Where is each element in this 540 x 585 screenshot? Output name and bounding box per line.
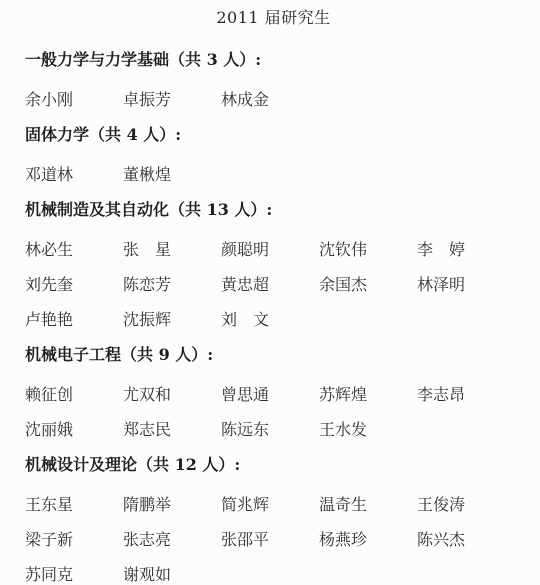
student-name: 刘先奎 <box>25 275 123 295</box>
student-name: 邓道林 <box>25 165 123 185</box>
student-name: 梁子新 <box>25 530 123 550</box>
student-name: 沈钦伟 <box>319 240 417 260</box>
name-row: 沈丽娥郑志民陈远东王水发 <box>25 420 522 440</box>
major-section: 机械电子工程（共 9 人）:赖征创尤双和曾思通苏辉煌李志昂沈丽娥郑志民陈远东王水… <box>25 345 522 440</box>
student-name: 王水发 <box>319 420 417 440</box>
name-row: 余小刚卓振芳林成金 <box>25 90 522 110</box>
student-name: 李志昂 <box>417 385 515 405</box>
section-heading: 机械制造及其自动化（共 13 人）: <box>25 200 522 220</box>
major-section: 一般力学与力学基础（共 3 人）:余小刚卓振芳林成金 <box>25 50 522 110</box>
page-title: 2011 届研究生 <box>25 8 522 28</box>
student-name: 张邵平 <box>221 530 319 550</box>
name-row: 林必生张 星颜聪明沈钦伟李 婷 <box>25 240 522 260</box>
student-name: 陈兴杰 <box>417 530 515 550</box>
name-row: 邓道林董楸煌 <box>25 165 522 185</box>
section-heading: 一般力学与力学基础（共 3 人）: <box>25 50 522 70</box>
name-row: 赖征创尤双和曾思通苏辉煌李志昂 <box>25 385 522 405</box>
student-name: 卓振芳 <box>123 90 221 110</box>
major-section: 机械设计及理论（共 12 人）:王东星隋鹏举简兆辉温奇生王俊涛梁子新张志亮张邵平… <box>25 455 522 585</box>
student-name: 苏同克 <box>25 565 123 585</box>
student-name: 苏辉煌 <box>319 385 417 405</box>
student-name: 卢艳艳 <box>25 310 123 330</box>
student-name: 隋鹏举 <box>123 495 221 515</box>
student-name: 沈振辉 <box>123 310 221 330</box>
student-name: 王俊涛 <box>417 495 515 515</box>
section-heading: 固体力学（共 4 人）: <box>25 125 522 145</box>
student-name: 温奇生 <box>319 495 417 515</box>
name-row: 刘先奎陈恋芳黄忠超余国杰林泽明 <box>25 275 522 295</box>
student-name: 林必生 <box>25 240 123 260</box>
name-row: 梁子新张志亮张邵平杨燕珍陈兴杰 <box>25 530 522 550</box>
student-name: 郑志民 <box>123 420 221 440</box>
student-name: 陈恋芳 <box>123 275 221 295</box>
student-name: 简兆辉 <box>221 495 319 515</box>
student-name: 刘 文 <box>221 310 319 330</box>
student-name: 赖征创 <box>25 385 123 405</box>
sections-container: 一般力学与力学基础（共 3 人）:余小刚卓振芳林成金固体力学（共 4 人）:邓道… <box>25 50 522 585</box>
major-section: 机械制造及其自动化（共 13 人）:林必生张 星颜聪明沈钦伟李 婷刘先奎陈恋芳黄… <box>25 200 522 330</box>
student-name: 林泽明 <box>417 275 515 295</box>
student-name: 余小刚 <box>25 90 123 110</box>
major-section: 固体力学（共 4 人）:邓道林董楸煌 <box>25 125 522 185</box>
student-name: 颜聪明 <box>221 240 319 260</box>
student-name: 李 婷 <box>417 240 515 260</box>
student-name: 黄忠超 <box>221 275 319 295</box>
student-name: 杨燕珍 <box>319 530 417 550</box>
student-name: 余国杰 <box>319 275 417 295</box>
section-heading: 机械设计及理论（共 12 人）: <box>25 455 522 475</box>
student-name: 陈远东 <box>221 420 319 440</box>
student-name: 沈丽娥 <box>25 420 123 440</box>
student-name: 林成金 <box>221 90 319 110</box>
student-name: 尤双和 <box>123 385 221 405</box>
student-name: 曾思通 <box>221 385 319 405</box>
student-name: 王东星 <box>25 495 123 515</box>
document-page: 2011 届研究生 一般力学与力学基础（共 3 人）:余小刚卓振芳林成金固体力学… <box>0 0 540 585</box>
name-row: 苏同克谢观如 <box>25 565 522 585</box>
student-name: 董楸煌 <box>123 165 221 185</box>
student-name: 张 星 <box>123 240 221 260</box>
student-name: 谢观如 <box>123 565 221 585</box>
section-heading: 机械电子工程（共 9 人）: <box>25 345 522 365</box>
name-row: 王东星隋鹏举简兆辉温奇生王俊涛 <box>25 495 522 515</box>
name-row: 卢艳艳沈振辉刘 文 <box>25 310 522 330</box>
student-name: 张志亮 <box>123 530 221 550</box>
